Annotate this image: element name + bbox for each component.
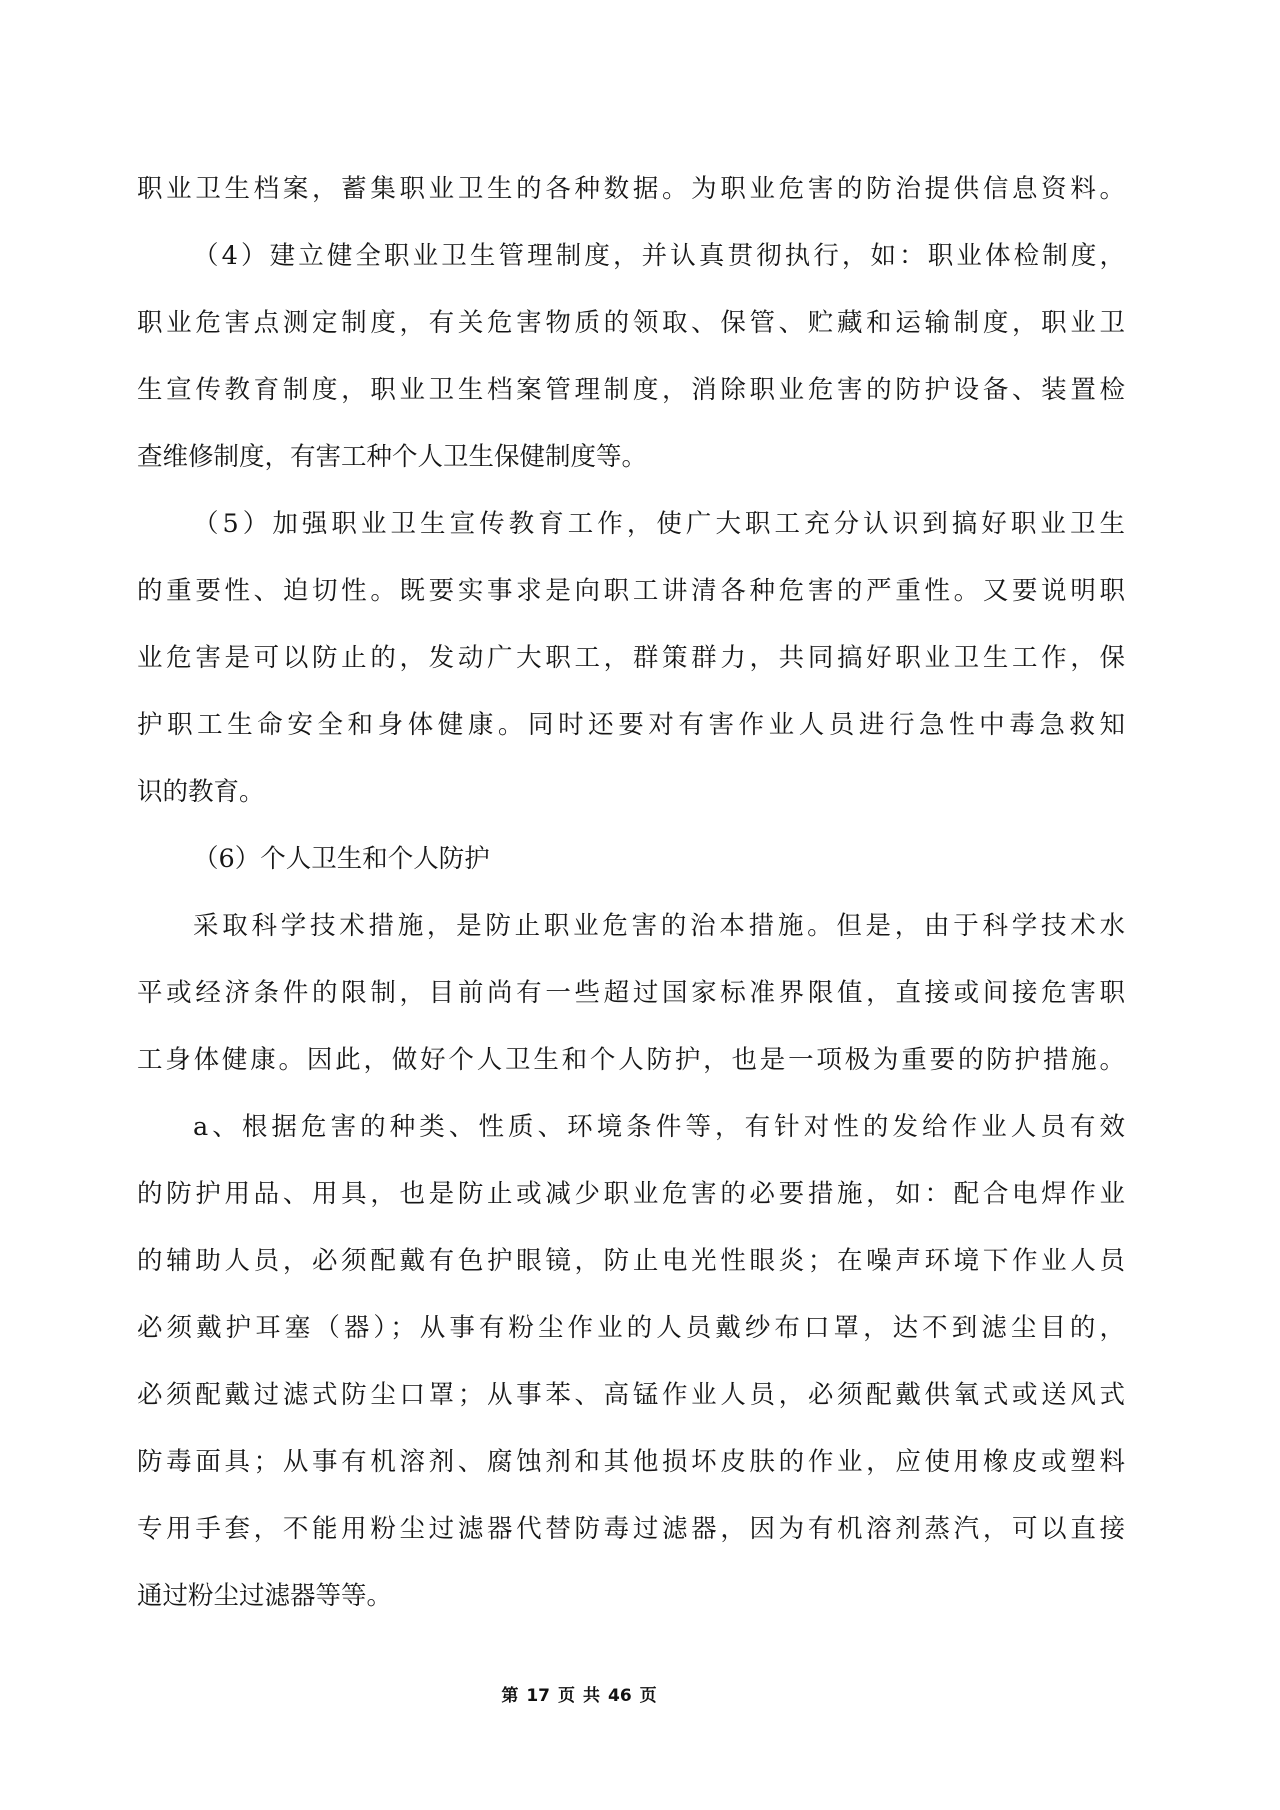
current-page-number: 17 <box>526 1686 550 1706</box>
text-line: 职业卫生档案，蓄集职业卫生的各种数据。为职业危害的防治提供信息资料。 <box>137 156 1125 223</box>
text-line: 工身体健康。因此，做好个人卫生和个人防护，也是一项极为重要的防护措施。 <box>137 1027 1125 1094</box>
text-line: a、根据危害的种类、性质、环境条件等，有针对性的发给作业人员有效 <box>137 1094 1125 1161</box>
total-word: 共 <box>583 1686 600 1706</box>
page-footer: 第17页共46页 <box>379 1684 779 1708</box>
text-line: 必须戴护耳塞（器）；从事有粉尘作业的人员戴纱布口罩，达不到滤尘目的， <box>137 1295 1125 1362</box>
text-line: 业危害是可以防止的，发动广大职工，群策群力，共同搞好职业卫生工作，保 <box>137 625 1125 692</box>
page-word: 页 <box>558 1686 575 1706</box>
text-line: 护职工生命安全和身体健康。同时还要对有害作业人员进行急性中毒急救知 <box>137 692 1125 759</box>
text-line: 生宣传教育制度，职业卫生档案管理制度，消除职业危害的防护设备、装置检 <box>137 357 1125 424</box>
text-line: 平或经济条件的限制，目前尚有一些超过国家标准界限值，直接或间接危害职 <box>137 960 1125 1027</box>
text-line: 专用手套，不能用粉尘过滤器代替防毒过滤器，因为有机溶剂蒸汽，可以直接 <box>137 1496 1125 1563</box>
text-line: 的防护用品、用具，也是防止或减少职业危害的必要措施，如：配合电焊作业 <box>137 1161 1125 1228</box>
text-line: （4）建立健全职业卫生管理制度，并认真贯彻执行，如：职业体检制度， <box>137 223 1125 290</box>
text-line: 职业危害点测定制度，有关危害物质的领取、保管、贮藏和运输制度，职业卫 <box>137 290 1125 357</box>
total-pages-number: 46 <box>608 1686 632 1706</box>
section-heading: （6）个人卫生和个人防护 <box>137 826 1125 893</box>
page-suffix: 页 <box>640 1686 657 1706</box>
text-line: 的重要性、迫切性。既要实事求是向职工讲清各种危害的严重性。又要说明职 <box>137 558 1125 625</box>
text-line: 采取科学技术措施，是防止职业危害的治本措施。但是，由于科学技术水 <box>137 893 1125 960</box>
text-line: 防毒面具；从事有机溶剂、腐蚀剂和其他损坏皮肤的作业，应使用橡皮或塑料 <box>137 1429 1125 1496</box>
document-body: 职业卫生档案，蓄集职业卫生的各种数据。为职业危害的防治提供信息资料。 （4）建立… <box>137 156 1125 1630</box>
text-line: 识的教育。 <box>137 759 1125 826</box>
document-page: 职业卫生档案，蓄集职业卫生的各种数据。为职业危害的防治提供信息资料。 （4）建立… <box>0 0 1280 1810</box>
text-line: （5）加强职业卫生宣传教育工作，使广大职工充分认识到搞好职业卫生 <box>137 491 1125 558</box>
text-line: 通过粉尘过滤器等等。 <box>137 1563 1125 1630</box>
text-line: 必须配戴过滤式防尘口罩；从事苯、高锰作业人员，必须配戴供氧式或送风式 <box>137 1362 1125 1429</box>
text-line: 的辅助人员，必须配戴有色护眼镜，防止电光性眼炎；在噪声环境下作业人员 <box>137 1228 1125 1295</box>
page-prefix: 第 <box>501 1686 518 1706</box>
text-line: 查维修制度，有害工种个人卫生保健制度等。 <box>137 424 1125 491</box>
